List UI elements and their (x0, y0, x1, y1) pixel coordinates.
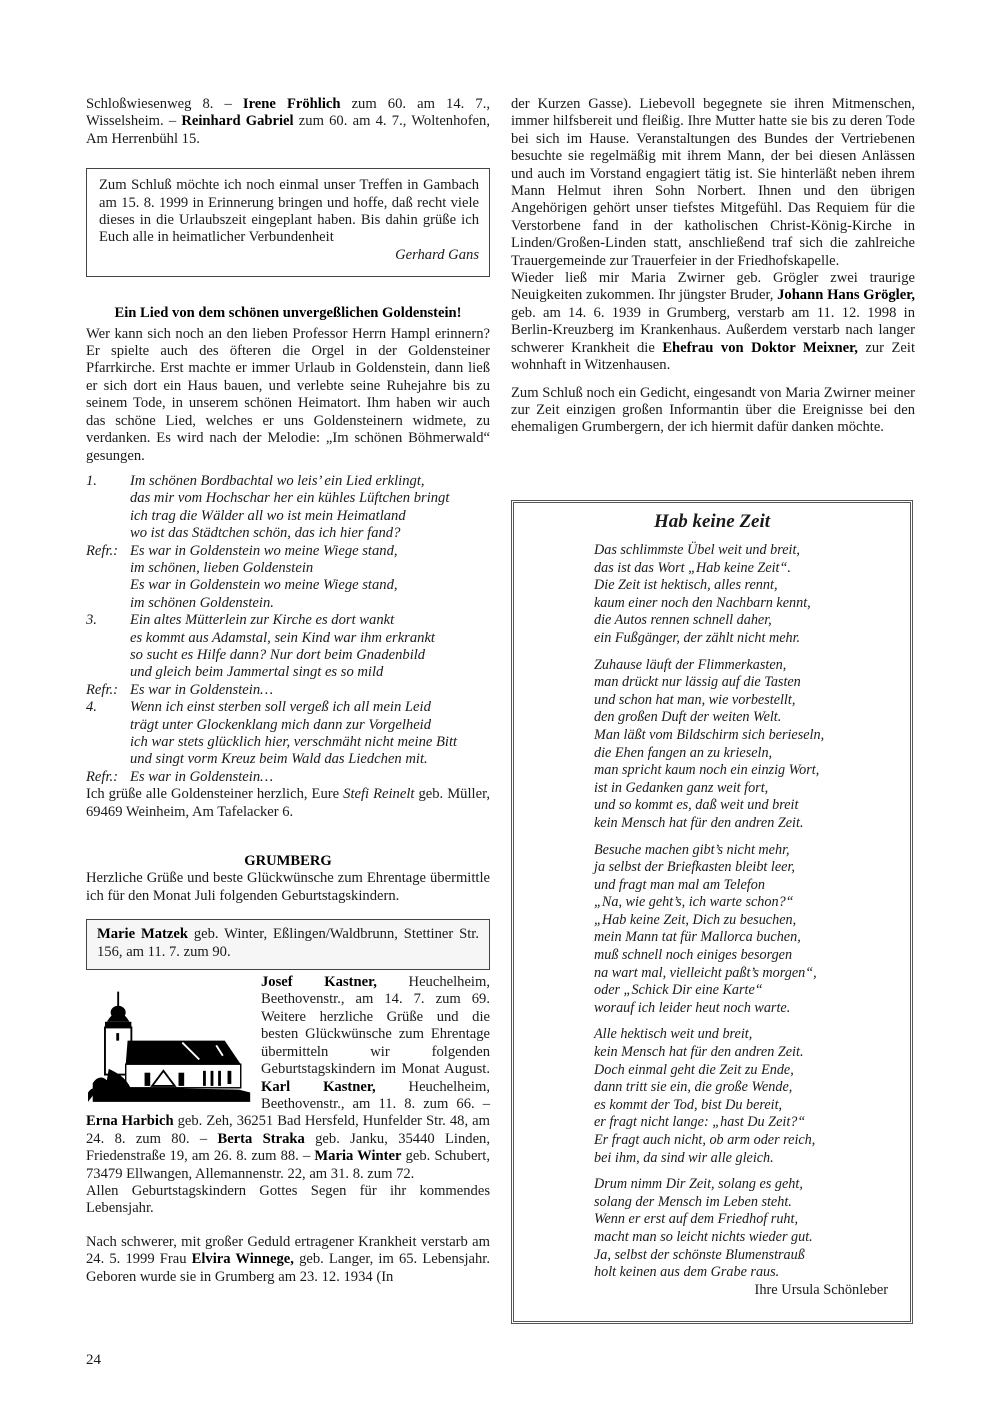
poem-line: und fragt man mal am Telefon (594, 877, 910, 895)
song-intro: Wer kann sich noch an den lieben Profess… (86, 326, 490, 465)
song-line: trägt unter Glockenklang mich dann zur V… (86, 717, 490, 734)
poem-title: Hab keine Zeit (514, 511, 910, 533)
song-line: es kommt aus Adamstal, sein Kind war ihm… (86, 630, 490, 647)
blessing: Allen Geburtstagskindern Gottes Segen fü… (86, 1183, 490, 1218)
poem-line: die Ehen fangen an zu krieseln, (594, 745, 910, 763)
poem-intro: Zum Schluß noch ein Gedicht, eingesandt … (511, 385, 915, 437)
poem-line: ein Fußgänger, der zählt nicht mehr. (594, 630, 910, 648)
poem-stanza: Drum nimm Dir Zeit, solang es geht,solan… (594, 1176, 910, 1282)
left-column: Schloßwiesenweg 8. – Irene Fröhlich zum … (86, 96, 490, 1286)
poem-line: die Autos rennen schnell daher, (594, 612, 910, 630)
poem-line: kein Mensch hat für den andren Zeit. (594, 1044, 910, 1062)
bold-name: Erna Harbich (86, 1113, 174, 1129)
poem-line: kein Mensch hat für den andren Zeit. (594, 815, 910, 833)
poem-line: Alle hektisch weit und breit, (594, 1026, 910, 1044)
poem-line: „Hab keine Zeit, Dich zu besuchen, (594, 912, 910, 930)
poem-stanza: Besuche machen gibt’s nicht mehr,ja selb… (594, 842, 910, 1018)
song-line: Es war in Goldenstein wo meine Wiege sta… (86, 577, 490, 594)
poem-stanza: Das schlimmste Übel weit und breit,das i… (594, 542, 910, 648)
song-line: Refr.:Es war in Goldenstein wo meine Wie… (86, 543, 490, 560)
poem-line: Drum nimm Dir Zeit, solang es geht, (594, 1176, 910, 1194)
bold-name: Ehefrau von Doktor Meixner, (662, 340, 858, 356)
poem-line: „Na, wie geht’s, ich warte schon?“ (594, 894, 910, 912)
poem-line: Besuche machen gibt’s nicht mehr, (594, 842, 910, 860)
poem-box: Hab keine Zeit Das schlimmste Übel weit … (511, 500, 913, 1324)
song-line: und singt vorm Kreuz beim Wald das Liedc… (86, 751, 490, 768)
song-line: wo ist das Städtchen schön, das ich hier… (86, 525, 490, 542)
poem-line: Doch einmal geht die Zeit zu Ende, (594, 1062, 910, 1080)
author-name: Stefi Reinelt (343, 786, 414, 802)
poem-line: kaum einer noch den Nachbarn kennt, (594, 595, 910, 613)
poem-line: man drückt nur lässig auf die Tasten (594, 674, 910, 692)
poem-stanza: Alle hektisch weit und breit,kein Mensch… (594, 1026, 910, 1167)
poem-line: na wart mal, vielleicht paßt’s morgen“, (594, 965, 910, 983)
closing-notice-text: Zum Schluß möchte ich noch einmal unser … (99, 177, 479, 247)
song-heading: Ein Lied von dem schönen unvergeßlichen … (86, 305, 490, 322)
poem-line: dann tritt sie ein, die große Wende, (594, 1079, 910, 1097)
bold-name: Irene Fröhlich (243, 96, 341, 112)
july-birthday-text: Marie Matzek geb. Winter, Eßlingen/Waldb… (97, 926, 479, 961)
song-line: das mir vom Hochschar her ein kühles Lüf… (86, 490, 490, 507)
closing-notice-signature: Gerhard Gans (99, 247, 479, 264)
poem-line: mein Mann tat für Mallorca buchen, (594, 929, 910, 947)
song-lyrics: 1.Im schönen Bordbachtal wo leis’ ein Li… (86, 473, 490, 786)
poem-line: muß schnell noch einiges besorgen (594, 947, 910, 965)
poem-line: und so kommt es, daß weit und breit (594, 797, 910, 815)
poem-stanza: Zuhause läuft der Flimmerkasten,man drüc… (594, 657, 910, 833)
poem-line: Er fragt auch nicht, ob arm oder reich, (594, 1132, 910, 1150)
song-line: so sucht es Hilfe dann? Nur dort beim Gn… (86, 647, 490, 664)
bold-name: Reinhard Gabriel (181, 113, 293, 129)
poem-line: worauf ich leider heut noch warte. (594, 1000, 910, 1018)
july-birthday-box: Marie Matzek geb. Winter, Eßlingen/Waldb… (86, 919, 490, 970)
song-line: ich trag die Wälder all wo ist mein Heim… (86, 508, 490, 525)
poem-line: oder „Schick Dir eine Karte“ (594, 982, 910, 1000)
poem-line: macht man so leicht nichts wieder gut. (594, 1229, 910, 1247)
poem-line: holt keinen aus dem Grabe raus. (594, 1264, 910, 1282)
poem-stanzas: Das schlimmste Übel weit und breit,das i… (514, 542, 910, 1282)
birthday-intro: Schloßwiesenweg 8. – Irene Fröhlich zum … (86, 96, 490, 148)
bold-name: Marie Matzek (97, 926, 188, 942)
news-paragraph: Wieder ließ mir Maria Zwirner geb. Grögl… (511, 270, 915, 374)
church-illustration (88, 982, 253, 1104)
poem-line: bei ihm, da sind wir alle gleich. (594, 1150, 910, 1168)
bold-name: Johann Hans Grögler, (777, 287, 915, 303)
obituary-continuation: der Kurzen Gasse). Liebevoll begegnete s… (511, 96, 915, 270)
closing-notice-box: Zum Schluß möchte ich noch einmal unser … (86, 168, 490, 277)
bold-name: Berta Straka (217, 1131, 304, 1147)
poem-line: Ja, selbst der schönste Blumenstrauß (594, 1247, 910, 1265)
song-line: 4.Wenn ich einst sterben soll vergeß ich… (86, 699, 490, 716)
grumberg-heading: GRUMBERG (86, 853, 490, 870)
poem-line: Zuhause läuft der Flimmerkasten, (594, 657, 910, 675)
grumberg-intro: Herzliche Grüße und beste Glückwünsche z… (86, 870, 490, 905)
poem-line: er fragt nicht lange: „hast Du Zeit?“ (594, 1114, 910, 1132)
bold-name: Karl Kastner, (261, 1079, 376, 1095)
poem-line: den großen Duft der weiten Welt. (594, 709, 910, 727)
bold-name: Elvira Winnege, (192, 1251, 294, 1267)
song-line: Refr.:Es war in Goldenstein… (86, 769, 490, 786)
poem-line: Die Zeit ist hektisch, alles rennt, (594, 577, 910, 595)
song-line: und gleich beim Jammertal singt es so mi… (86, 664, 490, 681)
song-line: im schönen Goldenstein. (86, 595, 490, 612)
song-line: 3.Ein altes Mütterlein zur Kirche es dor… (86, 612, 490, 629)
song-line: 1.Im schönen Bordbachtal wo leis’ ein Li… (86, 473, 490, 490)
poem-line: Das schlimmste Übel weit und breit, (594, 542, 910, 560)
song-line: ich war stets glücklich hier, verschmäht… (86, 734, 490, 751)
bold-name: Maria Winter (314, 1148, 401, 1164)
bold-name: Josef Kastner, (261, 974, 377, 990)
poem-line: und schon hat man, wie vorbestellt, (594, 692, 910, 710)
right-column: der Kurzen Gasse). Liebevoll begegnete s… (511, 96, 915, 437)
poem-line: Wenn er erst auf dem Friedhof ruht, (594, 1211, 910, 1229)
poem-line: ja selbst der Briefkasten bleibt leer, (594, 859, 910, 877)
song-line: Refr.:Es war in Goldenstein… (86, 682, 490, 699)
poem-line: solang der Mensch im Leben steht. (594, 1194, 910, 1212)
poem-line: das ist das Wort „Hab keine Zeit“. (594, 560, 910, 578)
song-greeting: Ich grüße alle Goldensteiner herzlich, E… (86, 786, 490, 821)
obituary-start: Nach schwerer, mit großer Geduld ertrage… (86, 1234, 490, 1286)
page-number: 24 (86, 1352, 101, 1369)
song-line: im schönen, lieben Goldenstein (86, 560, 490, 577)
poem-line: Man läßt vom Bildschirm sich berieseln, (594, 727, 910, 745)
poem-signature: Ihre Ursula Schönleber (514, 1282, 888, 1299)
poem-line: ist in Gedanken ganz weit fort, (594, 780, 910, 798)
poem-line: es kommt der Tod, bist Du bereit, (594, 1097, 910, 1115)
poem-line: man spricht kaum noch ein einzig Wort, (594, 762, 910, 780)
church-icon (88, 982, 253, 1104)
